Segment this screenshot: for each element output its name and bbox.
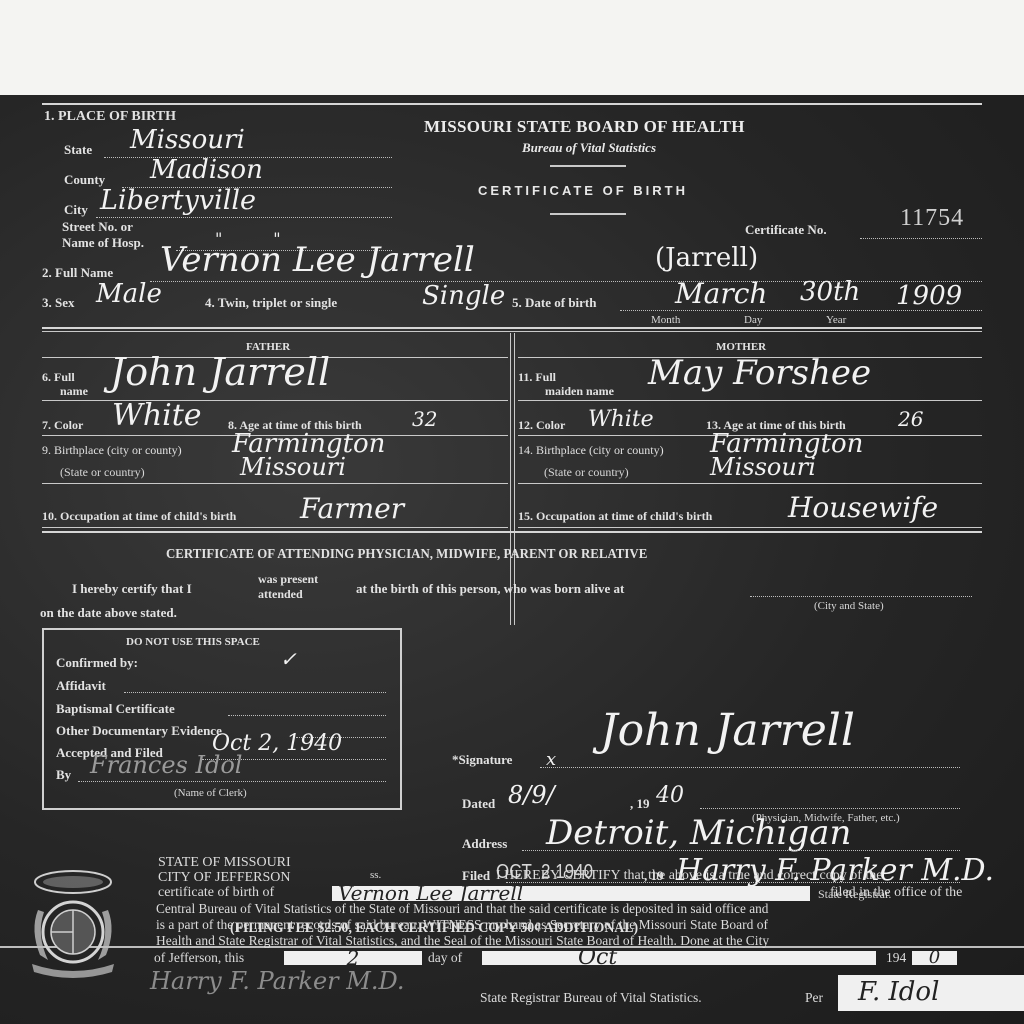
dotted-line [124, 692, 386, 693]
cert-year-field: 0 [912, 951, 957, 965]
dotted-line [700, 808, 960, 809]
mother-state-label: (State or country) [544, 465, 629, 480]
address-label: Address [462, 836, 507, 852]
cert-day-of: day of [428, 950, 462, 966]
cert-line-3: Central Bureau of Vital Statistics of th… [156, 901, 768, 917]
street-label: Street No. or [62, 219, 133, 235]
dob-year: 1909 [896, 281, 962, 311]
month-caption: Month [651, 314, 680, 326]
affidavit-label: Affidavit [56, 678, 106, 694]
attendant-signature: John Jarrell [600, 705, 855, 756]
certify-pre: I hereby certify that I [72, 581, 192, 597]
dob-label: 5. Date of birth [512, 295, 597, 311]
cert-ss: ss. [370, 869, 381, 881]
filed-label: Filed [462, 868, 490, 884]
father-occupation-label: 10. Occupation at time of child's birth [42, 509, 236, 524]
mother-age-value: 26 [898, 407, 923, 431]
confirmed-by-label: Confirmed by: [56, 655, 138, 671]
mother-name-label: 11. Full [518, 370, 556, 385]
certificate-no-label: Certificate No. [745, 222, 827, 238]
father-state-label: (State or country) [60, 465, 145, 480]
dotted-line [522, 850, 960, 851]
father-birthplace-state: Missouri [240, 453, 346, 481]
dated-year-prefix: , 19 [630, 796, 650, 812]
father-color-label: 7. Color [42, 418, 83, 433]
cert-month-field: Oct [482, 951, 876, 965]
baptismal-label: Baptismal Certificate [56, 701, 175, 717]
row-rule [518, 483, 982, 484]
dob-day: 30th [800, 277, 860, 307]
cert-per-label: Per [805, 990, 823, 1006]
day-caption: Day [744, 314, 762, 326]
father-occupation-value: Farmer [300, 492, 404, 525]
state-value: Missouri [130, 125, 245, 155]
by-label: By [56, 767, 71, 783]
section-rule [42, 327, 982, 329]
section-rule [42, 531, 982, 533]
mother-name-value: May Forshee [648, 353, 871, 393]
row-rule [518, 400, 982, 401]
father-color-value: White [112, 398, 202, 433]
twin-value: Single [422, 281, 505, 311]
county-label: County [64, 172, 105, 188]
check-mark-icon: ✓ [280, 647, 297, 671]
city-label: City [64, 202, 88, 218]
county-value: Madison [150, 155, 263, 185]
dotted-line [860, 238, 982, 239]
dated-value: 8/9/ [508, 781, 555, 809]
mother-heading: MOTHER [716, 341, 766, 353]
state-label: State [64, 142, 92, 158]
clerk-caption: (Name of Clerk) [174, 787, 247, 799]
full-name-value: Vernon Lee Jarrell [160, 240, 475, 280]
mother-color-label: 12. Color [518, 418, 565, 433]
year-caption: Year [826, 314, 846, 326]
dated-year: 40 [656, 783, 684, 808]
city-value: Libertyville [100, 185, 256, 216]
office-box-heading: DO NOT USE THIS SPACE [126, 636, 260, 648]
paper-margin [0, 0, 1024, 95]
cert-day-field: 2 [284, 951, 422, 965]
mother-birthplace-label: 14. Birthplace (city or county) [518, 443, 664, 458]
sex-label: 3. Sex [42, 295, 75, 311]
place-of-birth-label: 1. PLACE OF BIRTH [44, 109, 176, 125]
cert-line-1: I HEREBY CERTIFY that the above is a tru… [496, 868, 883, 884]
section-rule [42, 331, 982, 332]
row-rule [42, 483, 508, 484]
cert-name-field: Vernon Lee Jarrell [332, 886, 810, 901]
mother-name-label-2: maiden name [545, 384, 614, 399]
cert-line-5: Health and State Registrar of Vital Stat… [156, 933, 769, 949]
mother-color-value: White [588, 407, 654, 432]
cert-line-2-post: filed in the office of the [830, 885, 962, 901]
attendant-heading: CERTIFICATE OF ATTENDING PHYSICIAN, MIDW… [166, 547, 647, 563]
divider [550, 213, 626, 215]
board-title: MISSOURI STATE BOARD OF HEALTH [424, 117, 745, 137]
mother-birthplace-state: Missouri [710, 453, 816, 481]
father-name-value: John Jarrell [110, 350, 330, 394]
father-birthplace-label: 9. Birthplace (city or county) [42, 443, 182, 458]
twin-label: 4. Twin, triplet or single [205, 295, 337, 311]
dated-label: Dated [462, 796, 495, 812]
option-was-present: was present [258, 572, 318, 587]
father-name-label: 6. Full [42, 370, 75, 385]
hospital-label: Name of Hosp. [62, 235, 144, 251]
cert-registrar-line: State Registrar Bureau of Vital Statisti… [480, 990, 702, 1006]
father-name-label-2: name [60, 384, 88, 399]
cert-city: CITY OF JEFFERSON [158, 870, 291, 886]
bureau-subtitle: Bureau of Vital Statistics [522, 140, 656, 156]
dotted-line [96, 217, 392, 218]
cert-line-4: is a part of the permanent records of sa… [156, 917, 768, 933]
cert-per-field: F. Idol [838, 975, 1024, 1011]
cert-state: STATE OF MISSOURI [158, 855, 291, 871]
full-name-note: (Jarrell) [655, 243, 758, 273]
row-rule [42, 527, 508, 528]
cert-year-prefix: 194 [886, 950, 906, 966]
certify-post: at the birth of this person, who was bor… [356, 581, 624, 597]
cert-line-6-pre: of Jefferson, this [154, 950, 244, 966]
option-attended: attended [258, 587, 303, 602]
cert-line-2-pre: certificate of birth of [158, 885, 274, 901]
state-seal-icon [18, 860, 128, 985]
address-value: Detroit, Michigan [546, 813, 851, 853]
dotted-line [78, 781, 386, 782]
date-stated: on the date above stated. [40, 605, 177, 621]
clerk-signature: Frances Idol [90, 751, 242, 779]
certificate-title: CERTIFICATE OF BIRTH [478, 183, 688, 198]
signature-label: *Signature [452, 752, 512, 768]
mother-occupation-label: 15. Occupation at time of child's birth [518, 509, 712, 524]
cert-registrar-signature: Harry F. Parker M.D. [150, 967, 404, 995]
other-evidence-label: Other Documentary Evidence [56, 723, 222, 739]
birth-certificate: MISSOURI STATE BOARD OF HEALTH Bureau of… [0, 95, 1024, 1024]
dob-month: March [675, 277, 767, 310]
city-state-caption: (City and State) [814, 600, 884, 612]
row-rule [518, 527, 982, 528]
mother-occupation-value: Housewife [788, 491, 938, 524]
dotted-line [620, 310, 982, 311]
dotted-line [540, 767, 960, 768]
dotted-line [750, 596, 972, 597]
top-rule [42, 103, 982, 105]
divider [550, 165, 626, 167]
father-age-value: 32 [412, 407, 437, 431]
certificate-number: 11754 [900, 205, 964, 232]
sex-value: Male [96, 279, 162, 309]
dotted-line [228, 715, 386, 716]
